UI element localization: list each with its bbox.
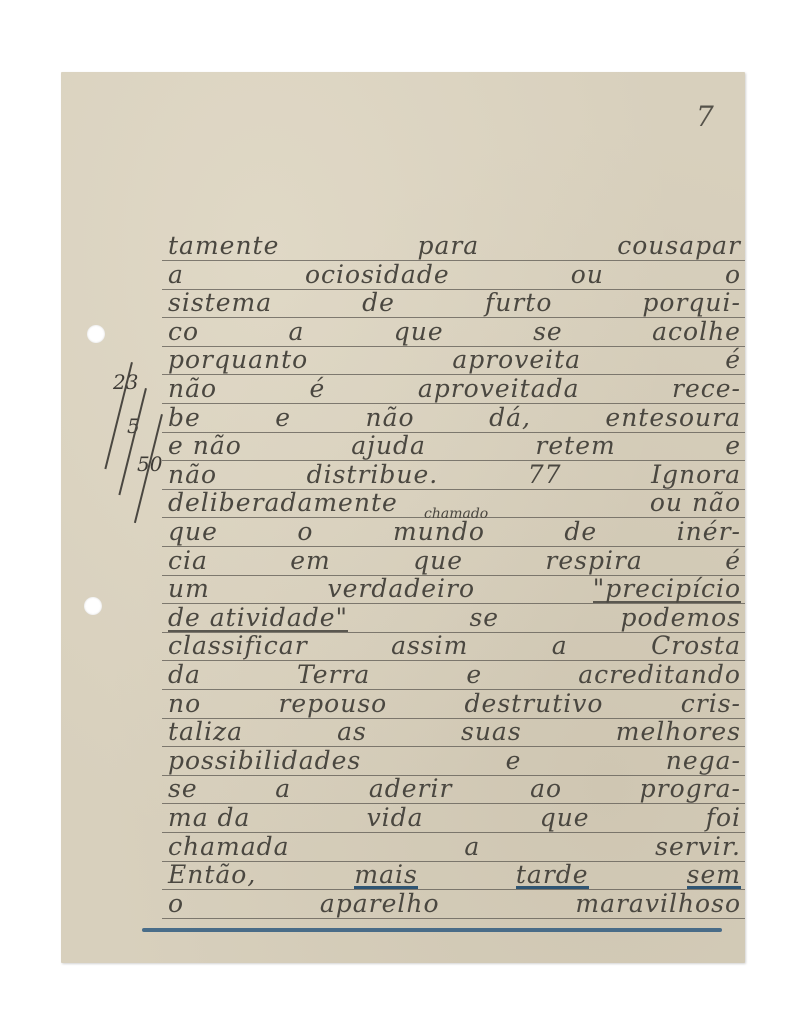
handwritten-word: da xyxy=(168,661,201,689)
handwritten-word: a xyxy=(168,261,184,289)
handwritten-word: sem xyxy=(687,861,741,889)
interlinear-insertion: chamado xyxy=(424,506,488,522)
handwritten-word: respira xyxy=(545,547,642,575)
punch-hole xyxy=(87,325,105,343)
handwritten-word: ou não xyxy=(650,489,741,517)
handwritten-word: ou xyxy=(571,261,604,289)
handwritten-word: be xyxy=(168,404,201,432)
handwritten-word: furto xyxy=(485,289,552,317)
handwritten-word: não xyxy=(366,404,415,432)
handwritten-word: cris- xyxy=(681,690,741,718)
handwritten-word: co xyxy=(168,318,199,346)
handwritten-word: não xyxy=(168,375,217,403)
manuscript-line: talizaassuasmelhores xyxy=(162,718,745,746)
manuscript-line: daTerraeacreditando xyxy=(162,661,745,689)
handwritten-word: é xyxy=(725,547,741,575)
handwritten-word: repouso xyxy=(278,690,387,718)
handwritten-word: em xyxy=(290,547,331,575)
handwritten-word: ao xyxy=(530,775,562,803)
handwritten-word: porquanto xyxy=(168,346,308,374)
handwritten-word: o xyxy=(168,890,184,918)
blue-pencil-underline xyxy=(142,928,722,932)
handwritten-word: tarde xyxy=(516,861,589,889)
handwritten-word: suas xyxy=(461,718,522,746)
handwritten-word: a xyxy=(552,632,568,660)
handwritten-word: dá, xyxy=(489,404,531,432)
handwritten-word: sistema xyxy=(168,289,272,317)
handwritten-word: distribue. xyxy=(307,461,439,489)
handwritten-word: podemos xyxy=(621,604,741,632)
handwritten-word: acolhe xyxy=(652,318,741,346)
manuscript-line: norepousodestrutivocris- xyxy=(162,690,745,718)
manuscript-line: queomundodeinér- xyxy=(162,518,745,546)
handwritten-word: Terra xyxy=(297,661,370,689)
handwritten-word: que xyxy=(394,318,444,346)
handwritten-word: as xyxy=(337,718,367,746)
manuscript-line: tamenteparacousapar xyxy=(162,232,745,260)
handwritten-word: o xyxy=(725,261,741,289)
handwritten-word: se xyxy=(168,775,198,803)
handwritten-word: que xyxy=(168,518,218,546)
handwritten-word: acreditando xyxy=(578,661,741,689)
handwritten-word: aparelho xyxy=(320,890,440,918)
handwritten-word: é xyxy=(310,375,326,403)
handwritten-word: chamada xyxy=(168,833,290,861)
handwritten-word: melhores xyxy=(616,718,741,746)
handwritten-word: deliberadamente xyxy=(168,489,398,517)
manuscript-line: chamadaaservir. xyxy=(162,833,745,861)
handwritten-word: a xyxy=(464,833,480,861)
manuscript-line: oaparelhomaravilhoso xyxy=(162,890,745,918)
handwritten-word: a xyxy=(288,318,304,346)
date-slash xyxy=(118,388,146,495)
handwritten-word: mundo xyxy=(393,518,485,546)
handwritten-word: e xyxy=(506,747,522,775)
handwritten-word: servir. xyxy=(655,833,741,861)
handwritten-word: taliza xyxy=(168,718,243,746)
handwritten-word: que xyxy=(413,547,463,575)
handwritten-word: mais xyxy=(354,861,417,889)
manuscript-line: e nãoajudareteme xyxy=(162,432,745,460)
manuscript-line: porquantoaproveitaé xyxy=(162,346,745,374)
handwritten-word: entesoura xyxy=(605,404,741,432)
handwritten-word: foi xyxy=(706,804,741,832)
handwritten-word: ma da xyxy=(168,804,250,832)
handwritten-word: ociosidade xyxy=(305,261,450,289)
handwritten-word: progra- xyxy=(640,775,741,803)
handwritten-word: e xyxy=(725,432,741,460)
handwritten-word: Então, xyxy=(168,861,256,889)
manuscript-line: possibilidadesenega- xyxy=(162,747,745,775)
handwritten-word: de atividade" xyxy=(168,604,348,632)
handwritten-word: e xyxy=(275,404,291,432)
handwritten-word: não xyxy=(168,461,217,489)
punch-hole xyxy=(84,597,102,615)
handwritten-word: inér- xyxy=(677,518,741,546)
handwritten-word: Crosta xyxy=(651,632,741,660)
manuscript-line: coaqueseacolhe xyxy=(162,318,745,346)
handwritten-word: rece- xyxy=(672,375,741,403)
handwritten-word: a xyxy=(275,775,291,803)
ruled-line xyxy=(162,918,745,919)
handwritten-word: de xyxy=(362,289,395,317)
handwritten-word: destrutivo xyxy=(465,690,604,718)
manuscript-line: beenãodá,entesoura xyxy=(162,404,745,432)
manuscript-line: sistemadefurtoporqui- xyxy=(162,289,745,317)
handwritten-word: aproveita xyxy=(452,346,581,374)
handwritten-word: cousapar xyxy=(617,232,741,260)
manuscript-line: seaaderiraoprogra- xyxy=(162,775,745,803)
handwritten-word: se xyxy=(533,318,563,346)
handwritten-word: verdadeiro xyxy=(327,575,475,603)
handwritten-word: de xyxy=(564,518,597,546)
handwritten-word: "precipício xyxy=(593,575,741,603)
ruled-text-area: tamenteparacousaparaociosidadeouosistema… xyxy=(162,236,745,936)
handwritten-word: é xyxy=(725,346,741,374)
handwritten-word: e não xyxy=(168,432,242,460)
handwritten-word: aderir xyxy=(369,775,453,803)
handwritten-word: se xyxy=(469,604,499,632)
margin-date: 23 5 50 xyxy=(101,362,171,532)
handwritten-word: Ignora xyxy=(651,461,741,489)
handwritten-word: ajuda xyxy=(351,432,426,460)
manuscript-page: 7 23 5 50 tamenteparacousaparaociosidade… xyxy=(61,72,745,963)
page-number: 7 xyxy=(696,100,714,133)
handwritten-word: porqui- xyxy=(642,289,741,317)
manuscript-line: umverdadeiro"precipício xyxy=(162,575,745,603)
handwritten-word: e xyxy=(466,661,482,689)
handwritten-word: 77 xyxy=(528,461,562,489)
handwritten-word: tamente xyxy=(168,232,279,260)
manuscript-line: ma davidaquefoi xyxy=(162,804,745,832)
handwritten-word: possibilidades xyxy=(168,747,361,775)
manuscript-line: aociosidadeouo xyxy=(162,261,745,289)
handwritten-word: classificar xyxy=(168,632,308,660)
handwritten-word: o xyxy=(297,518,313,546)
manuscript-line: Então,maistardesem xyxy=(162,861,745,889)
manuscript-line: de atividade"sepodemos xyxy=(162,604,745,632)
handwritten-word: no xyxy=(168,690,201,718)
handwritten-word: aproveitada xyxy=(418,375,580,403)
handwritten-word: nega- xyxy=(666,747,741,775)
handwritten-word: assim xyxy=(391,632,468,660)
handwritten-word: vida xyxy=(367,804,424,832)
handwritten-word: para xyxy=(417,232,479,260)
handwritten-word: cia xyxy=(168,547,208,575)
manuscript-line: ciaemquerespiraé xyxy=(162,547,745,575)
handwritten-word: retem xyxy=(535,432,615,460)
manuscript-line: nãodistribue.77Ignora xyxy=(162,461,745,489)
handwritten-word: um xyxy=(168,575,210,603)
manuscript-line: nãoéaproveitadarece- xyxy=(162,375,745,403)
handwritten-word: maravilhoso xyxy=(575,890,741,918)
manuscript-line: classificarassimaCrosta xyxy=(162,632,745,660)
handwritten-word: que xyxy=(540,804,590,832)
